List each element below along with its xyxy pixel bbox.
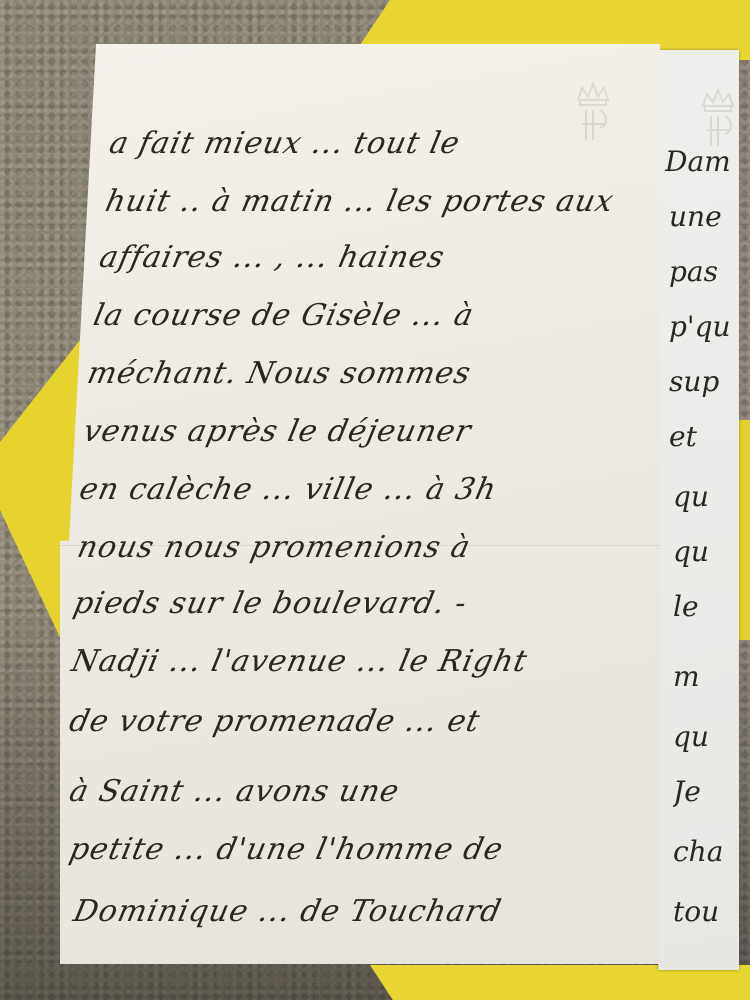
handwriting-line: qu (673, 535, 739, 568)
yellow-paper-right (738, 420, 750, 640)
handwriting-line: venus après le déjeuner (80, 414, 474, 449)
paper-fold-crease (60, 545, 660, 546)
embossed-crest-icon (695, 86, 741, 152)
handwriting-line: qu (673, 720, 739, 753)
handwriting-line: en calèche ... ville ... à 3h (76, 472, 500, 507)
handwriting-line: m (673, 660, 739, 693)
handwriting-line: pieds sur le boulevard. - (70, 586, 470, 621)
letter-left-page: a fait mieux ... tout le huit .. à matin… (60, 44, 660, 964)
handwriting-line: petite ... d'une l'homme de (66, 832, 506, 867)
handwriting-line: la course de Gisèle ... à (90, 298, 477, 333)
handwriting-line: cha (673, 835, 739, 868)
handwriting-line: Nadji ... l'avenue ... le Right (68, 644, 531, 679)
yellow-paper-bottom (370, 965, 750, 1000)
handwriting-line: Dam (665, 145, 739, 178)
handwriting-line: a fait mieux ... tout le (106, 126, 463, 161)
handwriting-line: de votre promenade ... et (66, 704, 483, 739)
handwriting-line: huit .. à matin ... les portes aux (102, 184, 617, 219)
letter-right-page: Dam une pas p'qu sup et qu qu le m qu Je… (658, 50, 739, 970)
handwriting-line: pas (669, 255, 739, 288)
handwriting-line: sup (669, 365, 739, 398)
handwriting-line: Je (673, 775, 739, 808)
handwriting-line: le (673, 590, 739, 623)
handwriting-line: à Saint ... avons une (66, 774, 403, 809)
handwriting-line: et (669, 420, 739, 453)
handwriting-line: qu (673, 480, 739, 513)
embossed-crest-icon (570, 80, 616, 146)
handwriting-line: affaires ... , ... haines (96, 240, 448, 275)
handwriting-line: une (669, 200, 739, 233)
handwriting-line: Dominique ... de Touchard (70, 894, 505, 929)
handwriting-line: méchant. Nous sommes (84, 356, 474, 391)
handwriting-line: p'qu (669, 310, 739, 343)
handwriting-line: tou (673, 895, 739, 928)
handwriting-line: nous nous promenions à (74, 530, 474, 565)
